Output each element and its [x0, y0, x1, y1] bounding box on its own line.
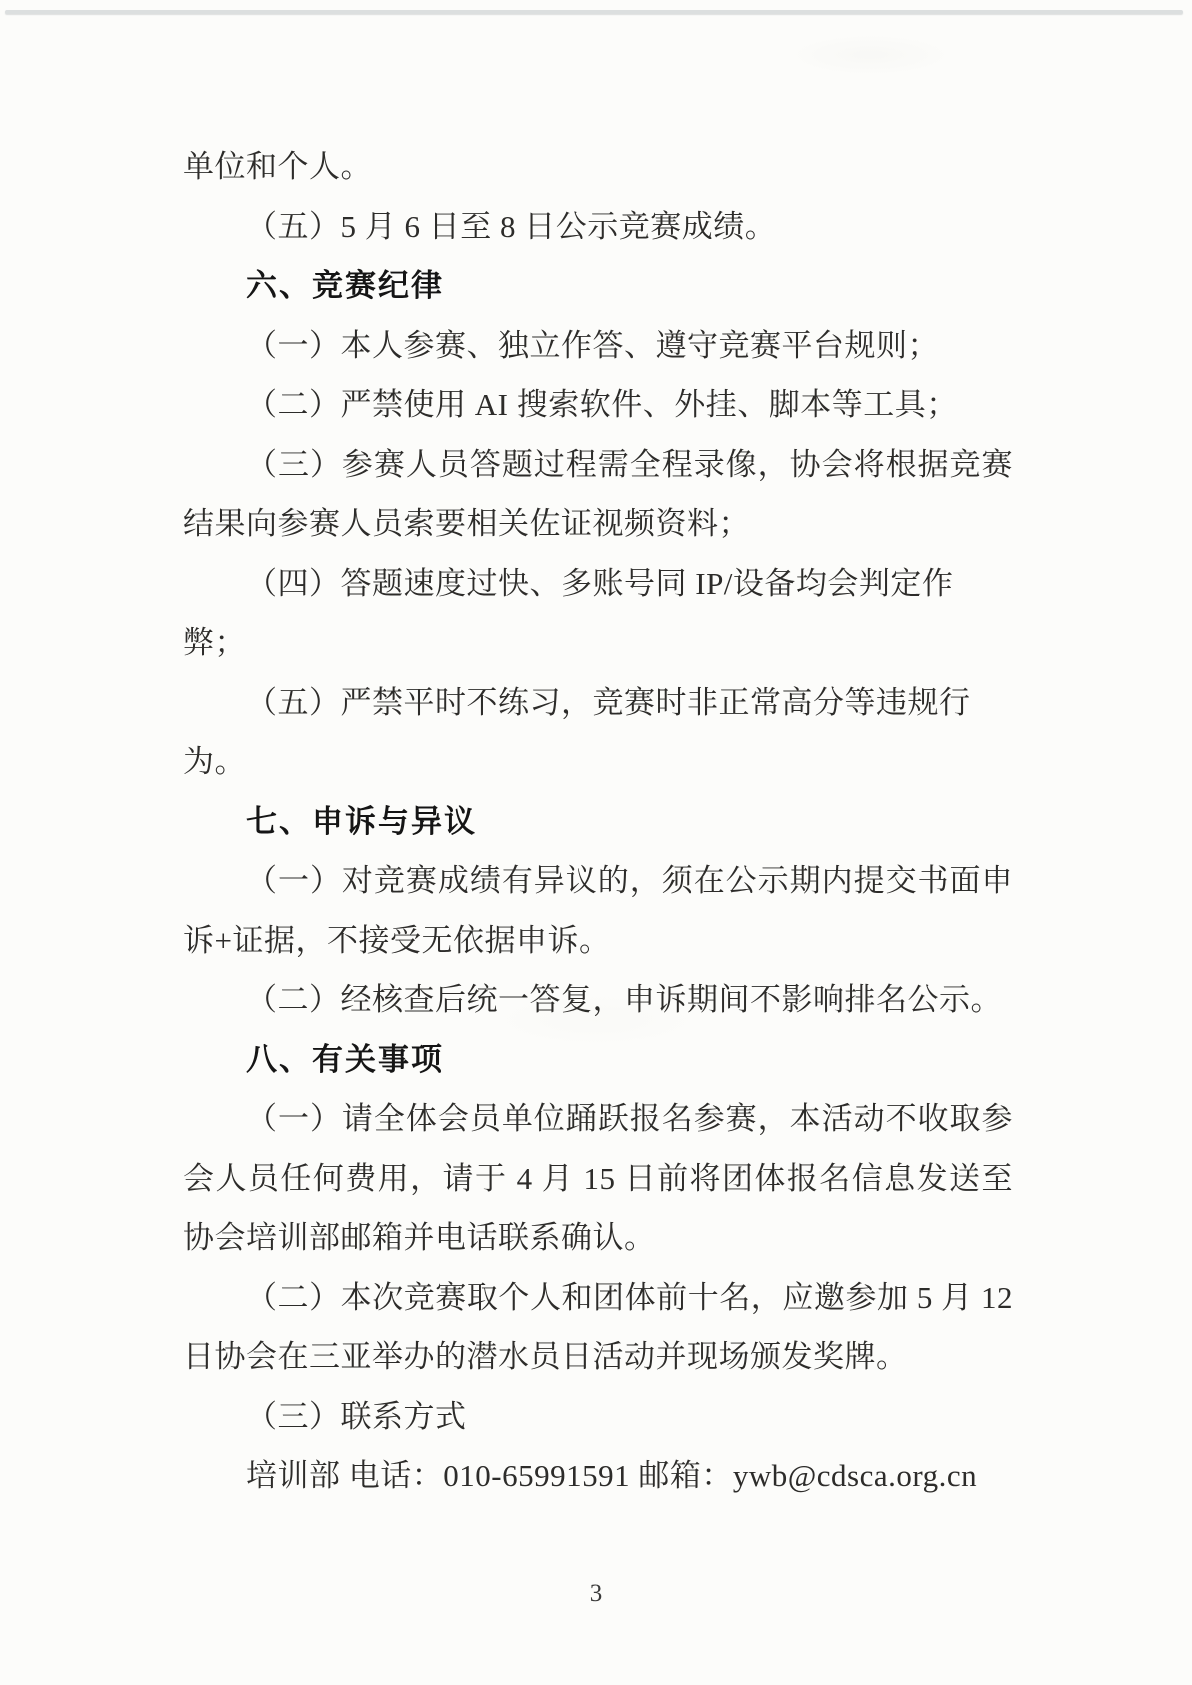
document-line: （三）参赛人员答题过程需全程录像，协会将根据竞赛: [183, 435, 1013, 495]
page-number: 3: [0, 1578, 1192, 1610]
document-line: 日协会在三亚举办的潜水员日活动并现场颁发奖牌。: [183, 1327, 1013, 1387]
document-line: （五）严禁平时不练习，竞赛时非正常高分等违规行为。: [183, 673, 1013, 792]
document-line: （一）请全体会员单位踊跃报名参赛，本活动不收取参: [183, 1089, 1013, 1149]
document-line: （二）本次竞赛取个人和团体前十名，应邀参加 5 月 12: [183, 1268, 1013, 1328]
document-body: 单位和个人。（五）5 月 6 日至 8 日公示竞赛成绩。六、竞赛纪律（一）本人参…: [183, 137, 1013, 1506]
document-line: 会人员任何费用，请于 4 月 15 日前将团体报名信息发送至: [183, 1149, 1013, 1209]
document-line: 单位和个人。: [183, 137, 1013, 197]
document-line: 诉+证据，不接受无依据申诉。: [183, 911, 1013, 971]
section-heading: 六、竞赛纪律: [183, 256, 1013, 316]
document-line: （五）5 月 6 日至 8 日公示竞赛成绩。: [183, 197, 1013, 257]
document-line: （三）联系方式: [183, 1387, 1013, 1447]
document-page: 单位和个人。（五）5 月 6 日至 8 日公示竞赛成绩。六、竞赛纪律（一）本人参…: [0, 0, 1192, 1685]
document-line: （四）答题速度过快、多账号同 IP/设备均会判定作弊；: [183, 554, 1013, 673]
document-line: 结果向参赛人员索要相关佐证视频资料；: [183, 494, 1013, 554]
document-line: （二）严禁使用 AI 搜索软件、外挂、脚本等工具；: [183, 375, 1013, 435]
document-line: 培训部 电话：010-65991591 邮箱：ywb@cdsca.org.cn: [183, 1446, 1013, 1506]
section-heading: 八、有关事项: [183, 1030, 1013, 1090]
document-line: （二）经核查后统一答复，申诉期间不影响排名公示。: [183, 970, 1013, 1030]
scan-edge-line: [5, 10, 1183, 14]
document-line: （一）本人参赛、独立作答、遵守竞赛平台规则；: [183, 316, 1013, 376]
section-heading: 七、申诉与异议: [183, 792, 1013, 852]
document-line: （一）对竞赛成绩有异议的，须在公示期内提交书面申: [183, 851, 1013, 911]
document-line: 协会培训部邮箱并电话联系确认。: [183, 1208, 1013, 1268]
